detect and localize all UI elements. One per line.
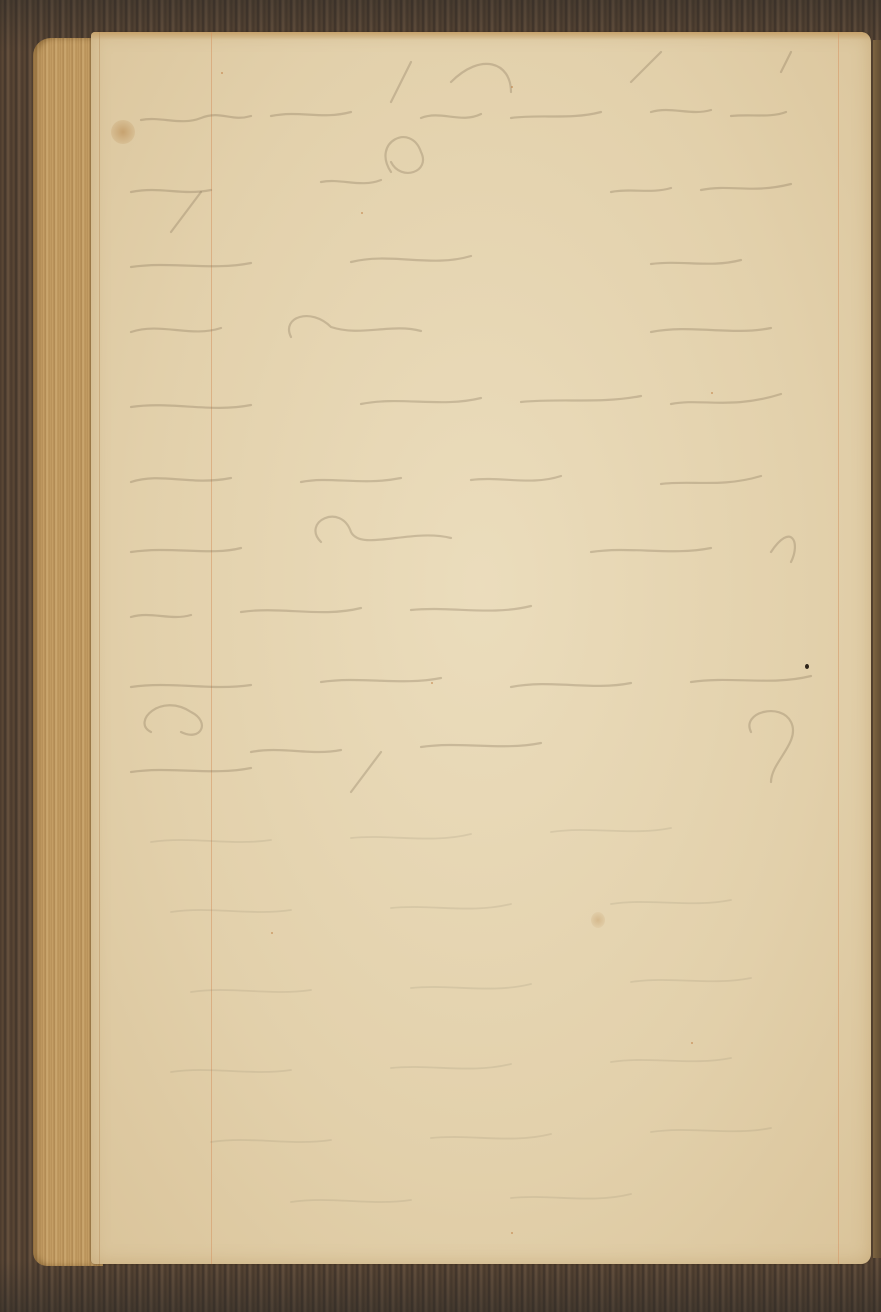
manuscript-page: Blank verso leaf of a bound handwritten … [91,32,871,1264]
ink-blot [805,664,809,669]
paper-speck [691,1042,693,1044]
bound-volume: Blank verso leaf of a bound handwritten … [33,32,875,1267]
paper-speck [361,212,363,214]
paper-speck [711,392,713,394]
paper-speck [271,932,273,934]
paper-speck [511,1232,513,1234]
paper-speck [431,682,433,684]
ink-bleed-through [91,32,871,1264]
paper-speck [221,72,223,74]
cover-edge [873,40,881,1258]
paper-speck [511,86,513,88]
